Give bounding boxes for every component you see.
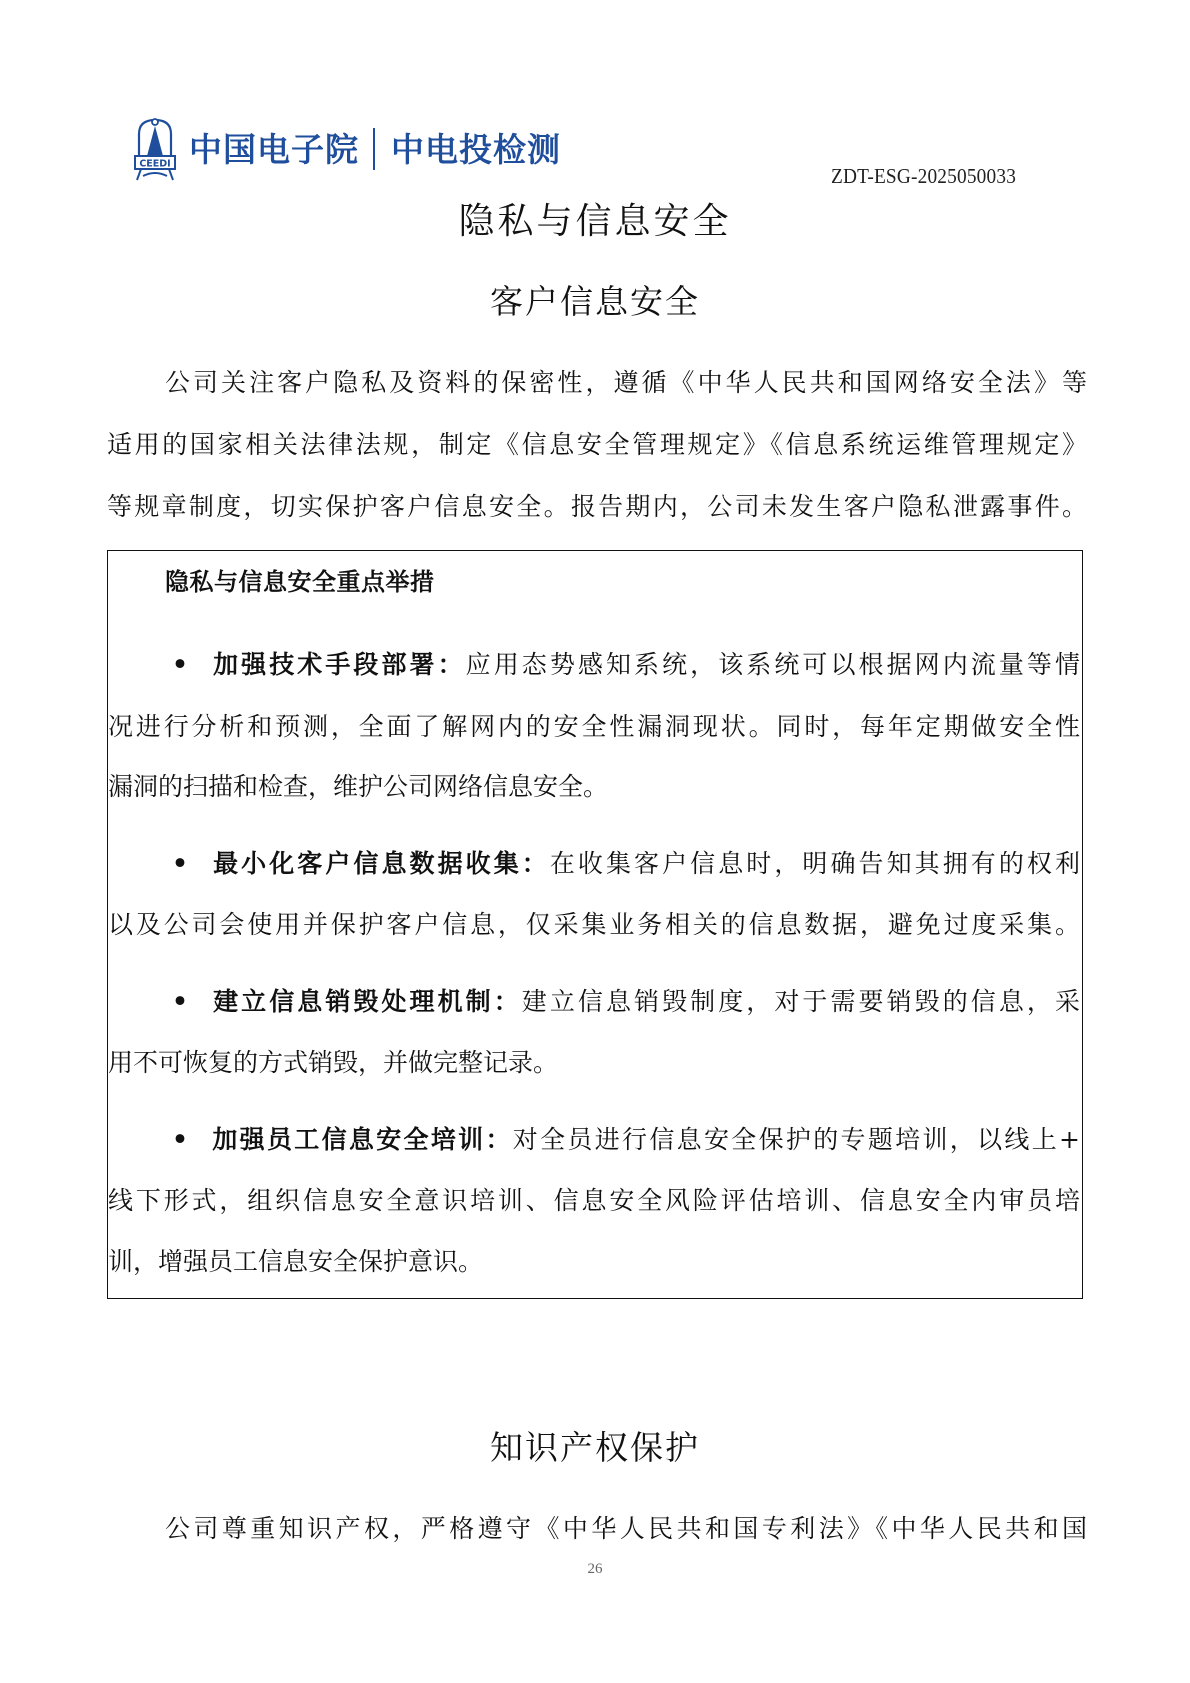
svg-text:CEEDI: CEEDI: [139, 159, 170, 170]
measure-item-1-line-3: 漏洞的扫描和检查，维护公司网络信息安全。: [108, 770, 1080, 804]
bullet-icon: •: [108, 1123, 210, 1157]
measure-label: 最小化客户信息数据收集：: [210, 849, 550, 878]
sub-brand-name: 中电投检测: [391, 133, 561, 166]
measure-item-1-line-2: 况进行分析和预测，全面了解网内的安全性漏洞现状。同时，每年定期做安全性: [108, 710, 1080, 744]
paragraph-line: 适用的国家相关法律法规，制定《信息安全管理规定》《信息系统运维管理规定》: [107, 414, 1087, 476]
measure-label: 加强员工信息安全培训：: [210, 1125, 513, 1154]
measure-item-2-line-2: 以及公司会使用并保护客户信息，仅采集业务相关的信息数据，避免过度采集。: [108, 908, 1080, 942]
page-title: 隐私与信息安全: [0, 193, 1190, 244]
page-number: 26: [0, 1561, 1190, 1578]
measure-item-3-line-1: •建立信息销毁处理机制：建立信息销毁制度，对于需要销毁的信息，采: [108, 985, 1080, 1019]
document-number: ZDT-ESG-2025050033: [831, 164, 1016, 189]
ip-paragraph: 公司尊重知识产权，严格遵守《中华人民共和国专利法》《中华人民共和国: [107, 1498, 1087, 1560]
intro-paragraph: 公司关注客户隐私及资料的保密性，遵循《中华人民共和国网络安全法》等 适用的国家相…: [107, 352, 1087, 538]
company-logo: CEEDI 中国电子院 中电投检测: [133, 114, 561, 184]
org-name: 中国电子院: [189, 133, 359, 166]
bullet-icon: •: [108, 648, 210, 682]
measure-item-3-line-2: 用不可恢复的方式销毁，并做完整记录。: [108, 1046, 1080, 1080]
measure-item-2-line-1: •最小化客户信息数据收集：在收集客户信息时，明确告知其拥有的权利: [108, 847, 1080, 881]
ceedi-emblem-icon: CEEDI: [133, 116, 177, 182]
measure-item-1-line-1: •加强技术手段部署：应用态势感知系统，该系统可以根据网内流量等情: [108, 648, 1080, 682]
measure-item-4-line-1: •加强员工信息安全培训：对全员进行信息安全保护的专题培训，以线上+: [108, 1123, 1080, 1157]
paragraph-line: 公司尊重知识产权，严格遵守《中华人民共和国专利法》《中华人民共和国: [107, 1498, 1087, 1560]
measure-item-4-line-2: 线下形式，组织信息安全意识培训、信息安全风险评估培训、信息安全内审员培: [108, 1184, 1080, 1218]
section-heading-ip-protection: 知识产权保护: [0, 1422, 1190, 1469]
logo-divider: [373, 128, 375, 170]
measure-item-4-line-3: 训，增强员工信息安全保护意识。: [108, 1245, 1080, 1279]
measure-label: 加强技术手段部署：: [210, 650, 466, 679]
measure-label: 建立信息销毁处理机制：: [210, 987, 522, 1016]
paragraph-line: 等规章制度，切实保护客户信息安全。报告期内，公司未发生客户隐私泄露事件。: [107, 476, 1087, 538]
bullet-icon: •: [108, 985, 210, 1019]
bullet-icon: •: [108, 847, 210, 881]
section-heading-customer-info: 客户信息安全: [0, 276, 1190, 323]
paragraph-line: 公司关注客户隐私及资料的保密性，遵循《中华人民共和国网络安全法》等: [107, 352, 1087, 414]
key-measures-title: 隐私与信息安全重点举措: [165, 562, 435, 597]
